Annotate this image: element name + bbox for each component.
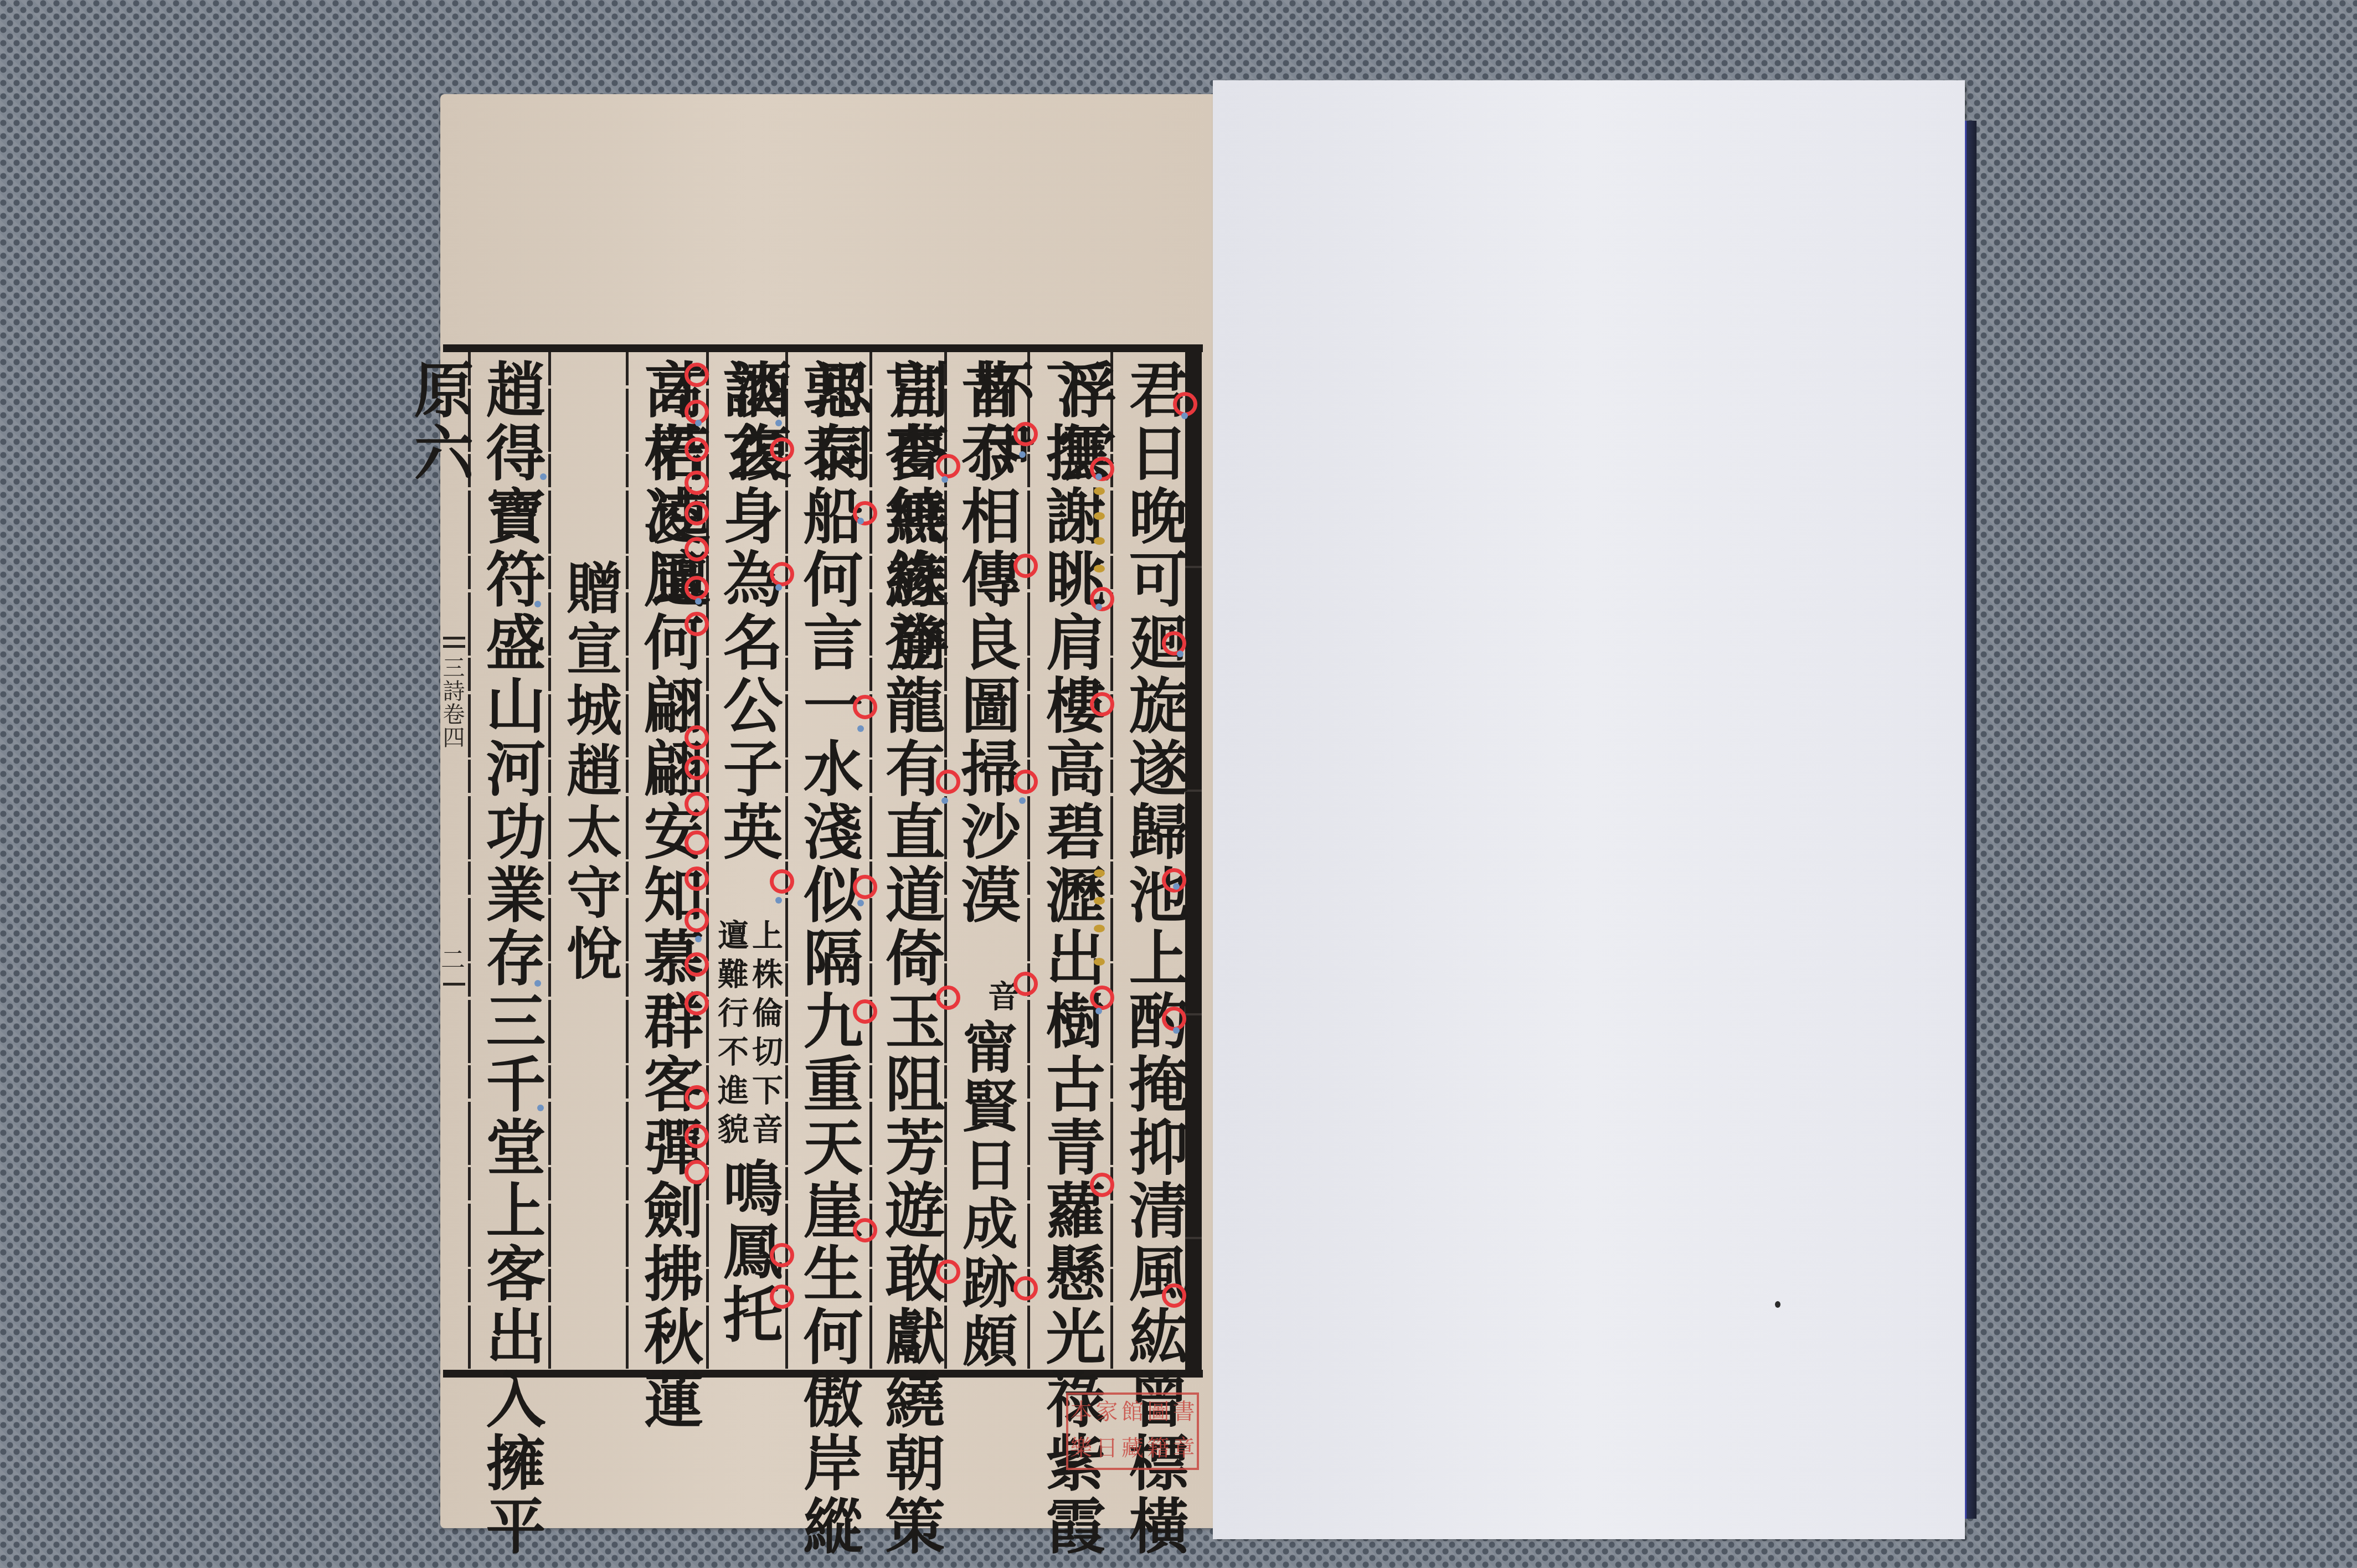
- red-punctuation-circle: [685, 612, 709, 636]
- text-column-5: 郭泰船何言一水淺似隔九重天崖生何傲岸縱酒復: [792, 359, 864, 1568]
- blue-punctuation-dot: [695, 598, 702, 605]
- frame-top-border: [443, 344, 1203, 352]
- poem-title: 贈宣城趙太守悅: [554, 559, 626, 986]
- red-punctuation-circle: [936, 986, 960, 1010]
- blue-punctuation-dot: [695, 936, 702, 942]
- red-punctuation-circle: [685, 1085, 709, 1110]
- blue-punctuation-dot: [775, 584, 782, 591]
- red-punctuation-circle: [1013, 972, 1038, 996]
- blue-punctuation-dot: [857, 900, 864, 906]
- banxin-fishtail-mark: [443, 637, 465, 639]
- red-punctuation-circle: [685, 537, 709, 561]
- seal-char: 籍: [1145, 1431, 1171, 1468]
- column-rule: [626, 352, 629, 1370]
- blue-punctuation-dot: [1019, 797, 1026, 804]
- book-spine-edge: [1965, 121, 1977, 1519]
- red-punctuation-circle: [685, 501, 709, 525]
- blue-punctuation-dot: [941, 797, 948, 804]
- red-punctuation-circle: [936, 1260, 960, 1284]
- red-punctuation-circle: [1090, 457, 1114, 481]
- seal-char: 章: [1171, 1431, 1197, 1468]
- seal-char: 家: [1094, 1395, 1119, 1431]
- blue-punctuation-dot: [1177, 651, 1183, 657]
- red-punctuation-circle: [770, 1243, 794, 1267]
- blue-punctuation-dot: [857, 725, 864, 732]
- red-punctuation-circle: [685, 363, 709, 387]
- red-punctuation-circle: [770, 437, 794, 462]
- text-column-6-annotation-right: 上株倫切下音: [748, 919, 783, 1152]
- red-punctuation-circle: [1090, 1173, 1114, 1197]
- red-punctuation-circle: [853, 875, 877, 899]
- text-column-6-annotation-left: 邅難行不進貌: [714, 919, 748, 1152]
- red-punctuation-circle: [1013, 422, 1038, 446]
- red-punctuation-circle: [685, 831, 709, 855]
- seal-char: 日: [1094, 1431, 1119, 1468]
- red-punctuation-circle: [1090, 692, 1114, 716]
- red-punctuation-circle: [853, 501, 877, 525]
- blue-punctuation-dot: [540, 473, 547, 480]
- red-punctuation-circle: [685, 471, 709, 495]
- column-rule: [1110, 352, 1113, 1370]
- blue-punctuation-dot: [857, 518, 864, 524]
- gold-punctuation-dot: [1094, 869, 1105, 877]
- red-punctuation-circle: [853, 1218, 877, 1242]
- gold-punctuation-dot: [1094, 565, 1105, 572]
- banxin-fishtail-mark: [443, 645, 465, 648]
- blue-punctuation-dot: [941, 476, 948, 483]
- banxin-title: 三詩卷四: [446, 656, 468, 749]
- seal-char: 圖: [1145, 1395, 1171, 1431]
- gold-punctuation-dot: [1094, 958, 1105, 966]
- gold-punctuation-dot: [1094, 487, 1105, 495]
- red-punctuation-circle: [1090, 986, 1114, 1010]
- red-punctuation-circle: [685, 725, 709, 750]
- collector-seal: 書 章 圖 籍 館 藏 家 日 本 樂: [1066, 1392, 1199, 1470]
- red-punctuation-circle: [770, 562, 794, 586]
- text-column-4: 言杳無緣登龍有直道倚玉阻芳遊敢獻繞朝策思同: [874, 359, 946, 1568]
- blue-punctuation-dot: [1019, 451, 1026, 458]
- banxin-page-number: 二: [446, 947, 468, 972]
- red-punctuation-circle: [685, 792, 709, 816]
- banxin-fishtail-mark: [443, 983, 465, 986]
- red-punctuation-circle: [1013, 554, 1038, 578]
- seal-char: 書: [1171, 1395, 1197, 1431]
- red-punctuation-circle: [1013, 770, 1038, 794]
- red-punctuation-circle: [685, 437, 709, 462]
- red-punctuation-circle: [685, 1160, 709, 1184]
- red-punctuation-circle: [853, 695, 877, 719]
- red-punctuation-circle: [1090, 587, 1114, 611]
- text-column-1: 君日晚可廻旋遂歸池上酌掩抑清風紘曾標橫浮雲: [1118, 359, 1190, 1568]
- blue-punctuation-dot: [1095, 473, 1102, 480]
- red-punctuation-circle: [685, 1124, 709, 1148]
- text-column-6-tail: 鳴鳳托: [712, 1157, 784, 1373]
- red-punctuation-circle: [1162, 1283, 1186, 1308]
- seal-char: 藏: [1120, 1431, 1145, 1468]
- blue-punctuation-dot: [534, 980, 541, 987]
- gold-punctuation-dot: [1094, 925, 1105, 932]
- paper-speck: [1775, 1301, 1780, 1308]
- red-punctuation-circle: [685, 866, 709, 891]
- column-rule: [468, 352, 471, 1370]
- right-blank-page: [1213, 80, 1965, 1539]
- column-rule: [785, 352, 788, 1370]
- gold-punctuation-dot: [1094, 512, 1105, 520]
- red-punctuation-circle: [685, 908, 709, 932]
- red-punctuation-circle: [685, 991, 709, 1015]
- red-punctuation-circle: [1013, 1276, 1038, 1301]
- seal-char: 樂: [1068, 1431, 1094, 1468]
- blue-punctuation-dot: [695, 420, 702, 426]
- blue-punctuation-dot: [775, 897, 782, 904]
- gold-punctuation-dot: [1094, 537, 1105, 545]
- red-punctuation-circle: [685, 576, 709, 600]
- red-punctuation-circle: [936, 454, 960, 478]
- blue-punctuation-dot: [775, 420, 782, 426]
- red-punctuation-circle: [685, 952, 709, 977]
- gold-punctuation-dot: [1094, 897, 1105, 905]
- red-punctuation-circle: [770, 1285, 794, 1309]
- blue-punctuation-dot: [1181, 412, 1188, 419]
- text-column-3-main: 昔忝相傳良圖掃沙漠別夢繞旌旃: [950, 359, 1022, 979]
- blue-punctuation-dot: [1173, 883, 1180, 890]
- blue-punctuation-dot: [1095, 1008, 1102, 1014]
- red-punctuation-circle: [853, 999, 877, 1024]
- column-rule: [1027, 352, 1030, 1370]
- text-column-3-tail: 甯賢日成跡頗: [950, 1019, 1022, 1373]
- seal-char: 館: [1120, 1395, 1145, 1431]
- red-punctuation-circle: [770, 869, 794, 894]
- blue-punctuation-dot: [1173, 1027, 1180, 1034]
- red-punctuation-circle: [685, 756, 709, 780]
- red-punctuation-circle: [936, 770, 960, 794]
- column-rule: [548, 352, 551, 1370]
- blue-punctuation-dot: [537, 1105, 544, 1111]
- blue-punctuation-dot: [534, 601, 541, 607]
- seal-char: 本: [1068, 1395, 1094, 1431]
- blue-punctuation-dot: [1095, 604, 1102, 610]
- text-column-9: 趙得寶符盛山河功業存三千堂上客出入擁平原六: [475, 359, 547, 1568]
